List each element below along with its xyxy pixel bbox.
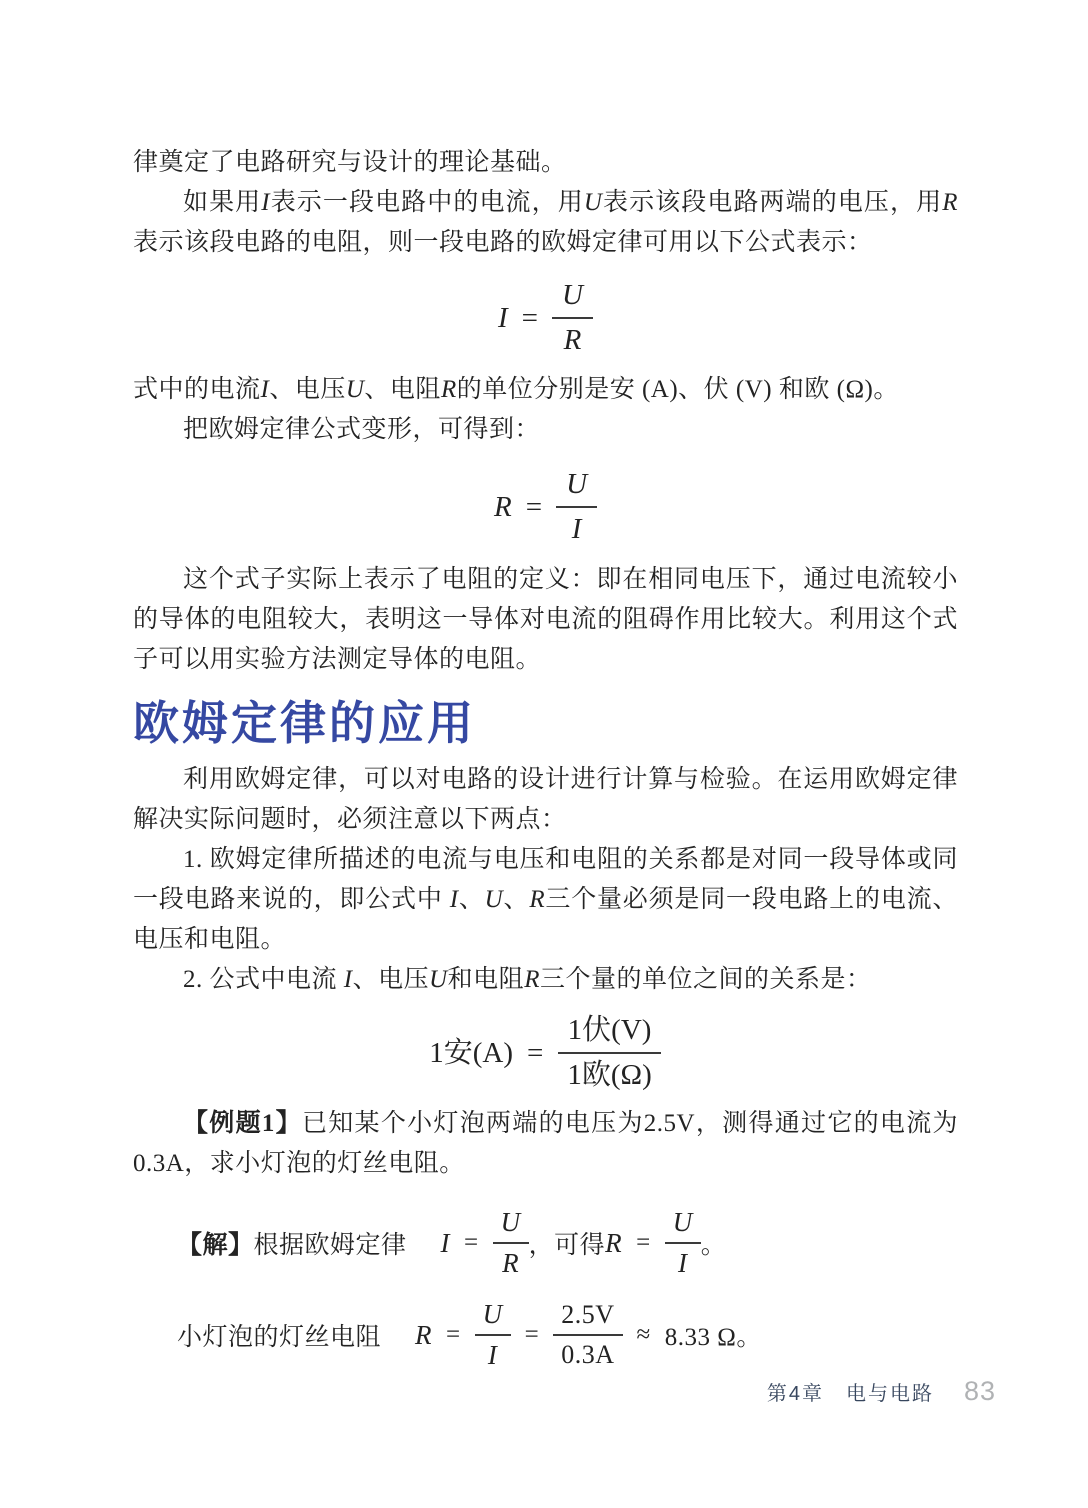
fraction-denominator: I xyxy=(480,1336,506,1370)
solution-mid: ，可得 xyxy=(529,1225,606,1261)
paragraph-units: 式中的电流I、电压U、电阻R的单位分别是安 (A)、伏 (V) 和欧 (Ω)。 xyxy=(133,370,958,410)
paragraph-point-1: 1. 欧姆定律所描述的电流与电压和电阻的关系都是对同一段导体或同一段电路来说的，… xyxy=(133,840,958,960)
formula-lhs: 1安(A) xyxy=(429,1039,513,1068)
fraction-denominator: R xyxy=(554,319,592,357)
solution-intro: 根据欧姆定律 xyxy=(254,1225,407,1261)
fraction: 2.5V 0.3A xyxy=(553,1301,622,1369)
fraction-numerator: U xyxy=(475,1300,511,1336)
fraction-denominator: R xyxy=(494,1244,527,1278)
page-number: 83 xyxy=(964,1376,996,1407)
fraction-numerator: 1伏(V) xyxy=(558,1014,662,1054)
fraction-numerator: U xyxy=(665,1208,701,1244)
formula-unit-relation: 1安(A) = 1伏(V) 1欧(Ω) xyxy=(133,1014,958,1092)
equals-sign: = xyxy=(522,304,538,333)
fraction: U I xyxy=(556,468,597,546)
formula-lhs: R xyxy=(494,493,512,522)
paragraph-resistance-definition: 这个式子实际上表示了电阻的定义：即在相同电压下，通过电流较小的导体的电阻较大，表… xyxy=(133,560,958,680)
fraction-denominator: 1欧(Ω) xyxy=(557,1054,661,1092)
formula-lhs: I xyxy=(441,1228,451,1259)
solution-period: 。 xyxy=(701,1225,727,1261)
fraction-numerator: U xyxy=(493,1208,529,1244)
fraction: U I xyxy=(665,1208,701,1278)
paragraph-transform: 把欧姆定律公式变形，可得到： xyxy=(133,410,958,450)
equals-sign: = xyxy=(446,1321,461,1349)
solution-label: 【解】 xyxy=(177,1225,254,1261)
fraction-numerator: U xyxy=(552,279,593,319)
fraction: U R xyxy=(493,1208,529,1278)
paragraph-application-intro: 利用欧姆定律，可以对电路的设计进行计算与检验。在运用欧姆定律解决实际问题时，必须… xyxy=(133,760,958,840)
equals-sign: = xyxy=(526,493,542,522)
formula-lhs: I xyxy=(498,304,508,333)
equals-sign: = xyxy=(527,1039,543,1068)
result-intro: 小灯泡的灯丝电阻 xyxy=(177,1317,381,1353)
result-value: 8.33 Ω。 xyxy=(665,1317,762,1353)
fraction-denominator: I xyxy=(670,1244,696,1278)
page-content: 律奠定了电路研究与设计的理论基础。 如果用I表示一段电路中的电流，用U表示该段电… xyxy=(133,0,958,1370)
fraction: 1伏(V) 1欧(Ω) xyxy=(557,1014,661,1092)
formula-lhs: R xyxy=(415,1320,432,1351)
paragraph-point-2: 2. 公式中电流 I、电压U和电阻R三个量的单位之间的关系是： xyxy=(133,960,958,1000)
fraction-denominator: 0.3A xyxy=(553,1336,622,1369)
section-heading-ohm-application: 欧姆定律的应用 xyxy=(133,696,958,750)
paragraph-intro-continuation: 律奠定了电路研究与设计的理论基础。 xyxy=(133,143,958,183)
solution-line: 【解】 根据欧姆定律 I = U R ，可得 R = U I 。 xyxy=(133,1208,958,1278)
approx-sign: ≈ xyxy=(637,1321,651,1349)
chapter-title: 第4章 电与电路 xyxy=(767,1377,934,1406)
equals-sign: = xyxy=(525,1321,540,1349)
fraction: U R xyxy=(552,279,593,357)
fraction-numerator: 2.5V xyxy=(553,1301,622,1336)
page-footer: 第4章 电与电路 83 xyxy=(767,1376,996,1407)
formula-ohm-law: I = U R xyxy=(133,279,958,357)
fraction-denominator: I xyxy=(562,508,592,546)
paragraph-example-1: 【例题1】已知某个小灯泡两端的电压为2.5V，测得通过它的电流为0.3A，求小灯… xyxy=(133,1104,958,1184)
equals-sign: = xyxy=(636,1229,651,1257)
formula-lhs-2: R xyxy=(605,1228,622,1259)
formula-resistance: R = U I xyxy=(133,468,958,546)
fraction: U I xyxy=(475,1300,511,1370)
textbook-page: 律奠定了电路研究与设计的理论基础。 如果用I表示一段电路中的电流，用U表示该段电… xyxy=(0,0,1088,1508)
result-line: 小灯泡的灯丝电阻 R = U I = 2.5V 0.3A ≈ 8.33 Ω。 xyxy=(133,1300,958,1370)
paragraph-ohm-law-intro: 如果用I表示一段电路中的电流，用U表示该段电路两端的电压，用R表示该段电路的电阻… xyxy=(133,183,958,263)
equals-sign: = xyxy=(464,1229,479,1257)
fraction-numerator: U xyxy=(556,468,597,508)
